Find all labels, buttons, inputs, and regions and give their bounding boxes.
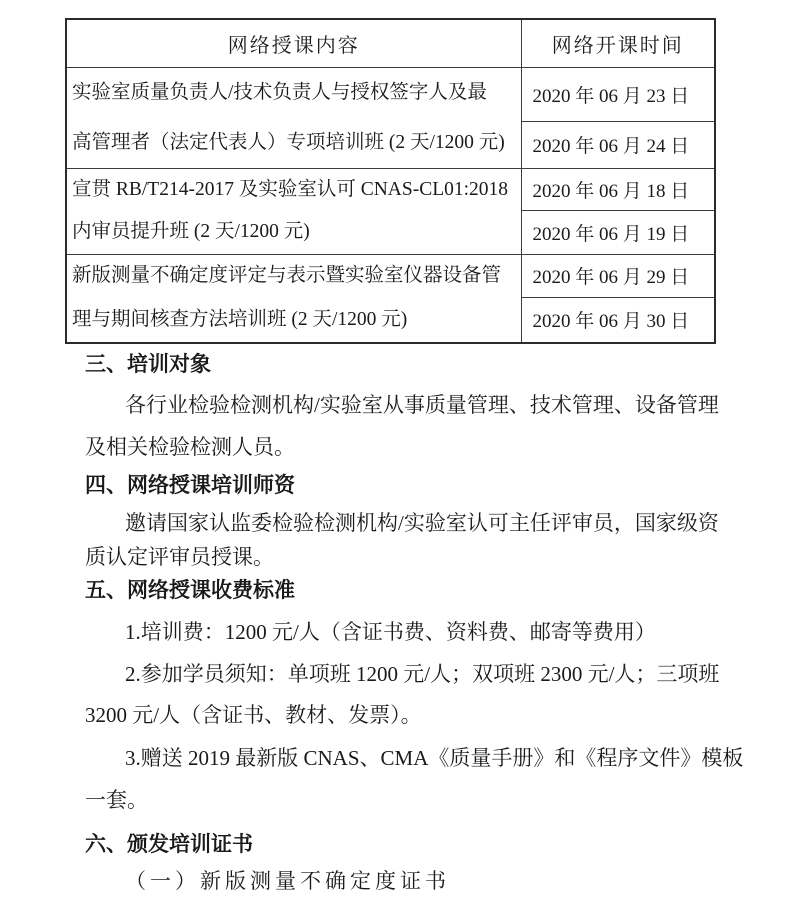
table-header-row: 网络授课内容 网络开课时间 — [66, 19, 715, 67]
table-row: 宣贯 RB/T214-2017 及实验室认可 CNAS-CL01:2018 内审… — [66, 168, 715, 210]
fee-item-line: 1.培训费：1200 元/人（含证书费、资料费、邮寄等费用） — [125, 611, 656, 653]
section-heading-fees: 五、网络授课收费标准 — [85, 569, 295, 611]
course-name-cell: 宣贯 RB/T214-2017 及实验室认可 CNAS-CL01:2018 内审… — [66, 168, 521, 254]
course-date-cell: 2020 年 06 月 29 日 — [521, 254, 715, 298]
course-schedule-table: 网络授课内容 网络开课时间 实验室质量负责人/技术负责人与授权签字人及最 高管理… — [65, 18, 716, 344]
table-header-time: 网络开课时间 — [521, 19, 715, 67]
course-date-cell: 2020 年 06 月 18 日 — [521, 168, 715, 210]
course-name-line: 理与期间核查方法培训班 (2 天/1200 元) — [72, 308, 516, 332]
fee-item-line: 2.参加学员须知：单项班 1200 元/人；双项班 2300 元/人；三项班 — [125, 653, 719, 695]
course-name-line: 新版测量不确定度评定与表示暨实验室仪器设备管 — [72, 264, 516, 288]
fee-item-line: 3200 元/人（含证书、教材、发票）。 — [85, 694, 422, 736]
course-date-cell: 2020 年 06 月 24 日 — [521, 122, 715, 168]
course-name-lines: 新版测量不确定度评定与表示暨实验室仪器设备管 理与期间核查方法培训班 (2 天/… — [72, 255, 516, 342]
paragraph-line: 各行业检验检测机构/实验室从事质量管理、技术管理、设备管理 — [125, 384, 719, 426]
course-name-lines: 实验室质量负责人/技术负责人与授权签字人及最 高管理者（法定代表人）专项培训班 … — [72, 68, 516, 168]
course-name-line: 内审员提升班 (2 天/1200 元) — [72, 220, 516, 244]
table-row: 新版测量不确定度评定与表示暨实验室仪器设备管 理与期间核查方法培训班 (2 天/… — [66, 254, 715, 298]
course-date-cell: 2020 年 06 月 23 日 — [521, 67, 715, 122]
section-heading-training-targets: 三、培训对象 — [85, 343, 211, 385]
document-page: 网络授课内容 网络开课时间 实验室质量负责人/技术负责人与授权签字人及最 高管理… — [0, 0, 790, 906]
fee-item-line: 3.赠送 2019 最新版 CNAS、CMA《质量手册》和《程序文件》模板 — [125, 737, 743, 779]
table-header-content: 网络授课内容 — [66, 19, 521, 67]
course-name-lines: 宣贯 RB/T214-2017 及实验室认可 CNAS-CL01:2018 内审… — [72, 169, 516, 254]
certificate-item-line: （一）新版测量不确定度证书 — [125, 860, 450, 902]
course-name-cell: 实验室质量负责人/技术负责人与授权签字人及最 高管理者（法定代表人）专项培训班 … — [66, 67, 521, 168]
course-name-line: 实验室质量负责人/技术负责人与授权签字人及最 — [72, 81, 516, 105]
course-date-cell: 2020 年 06 月 19 日 — [521, 210, 715, 254]
paragraph-line: 及相关检验检测人员。 — [85, 426, 295, 468]
fee-item-line: 一套。 — [85, 779, 148, 821]
course-name-cell: 新版测量不确定度评定与表示暨实验室仪器设备管 理与期间核查方法培训班 (2 天/… — [66, 254, 521, 343]
course-name-line: 宣贯 RB/T214-2017 及实验室认可 CNAS-CL01:2018 — [72, 178, 516, 202]
course-date-cell: 2020 年 06 月 30 日 — [521, 298, 715, 343]
table-row: 实验室质量负责人/技术负责人与授权签字人及最 高管理者（法定代表人）专项培训班 … — [66, 67, 715, 122]
course-name-line: 高管理者（法定代表人）专项培训班 (2 天/1200 元) — [72, 131, 516, 155]
section-heading-instructors: 四、网络授课培训师资 — [85, 464, 295, 506]
section-heading-certificates: 六、颁发培训证书 — [85, 823, 253, 865]
